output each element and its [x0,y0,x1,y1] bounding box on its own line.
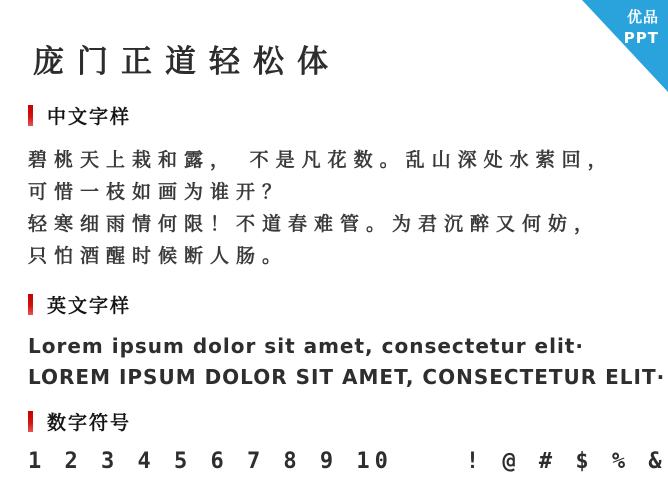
english-sample-line-uppercase: LOREM IPSUM DOLOR SIT AMET, CONSECTETUR … [28,362,648,393]
chinese-sample-line: 碧桃天上栽和露， 不是凡花数。乱山深处水萦回， [28,144,648,176]
red-accent-bar [28,105,33,126]
english-sample-line-lowercase: Lorem ipsum dolor sit amet, consectetur … [28,331,648,362]
section-english-sample: 英文字样 Lorem ipsum dolor sit amet, consect… [28,291,648,393]
chinese-sample-line: 轻寒细雨情何限！不道春难管。为君沉醉又何妨， [28,208,648,240]
font-title: 庞门正道轻松体 [33,36,341,81]
chinese-sample-line: 只怕酒醒时候断人肠。 [28,240,648,272]
uppt-logo: 优品 PPT [624,7,659,49]
section-heading-chinese: 中文字样 [28,102,648,129]
section-heading-numbers: 数字符号 [28,408,648,435]
section-chinese-sample: 中文字样 碧桃天上栽和露， 不是凡花数。乱山深处水萦回， 可惜一枝如画为谁开？ … [28,102,648,272]
font-preview-page: 优品 PPT 庞门正道轻松体 中文字样 碧桃天上栽和露， 不是凡花数。乱山深处水… [0,0,668,501]
section-heading-english: 英文字样 [28,291,648,318]
red-accent-bar [28,411,33,432]
section-heading-label: 中文字样 [47,102,131,129]
section-numbers-symbols: 数字符号 1 2 3 4 5 6 7 8 9 10 ! @ # $ % & ? … [28,408,648,474]
section-heading-label: 英文字样 [47,291,131,318]
english-sample-text: Lorem ipsum dolor sit amet, consectetur … [28,331,648,393]
chinese-sample-text: 碧桃天上栽和露， 不是凡花数。乱山深处水萦回， 可惜一枝如画为谁开？ 轻寒细雨情… [28,144,648,272]
section-heading-label: 数字符号 [47,408,131,435]
red-accent-bar [28,294,33,315]
uppt-logo-line1: 优品 [624,7,659,28]
numbers-symbols-line: 1 2 3 4 5 6 7 8 9 10 ! @ # $ % & ? ( ) [28,449,648,474]
uppt-logo-line2: PPT [624,28,659,49]
chinese-sample-line: 可惜一枝如画为谁开？ [28,176,648,208]
